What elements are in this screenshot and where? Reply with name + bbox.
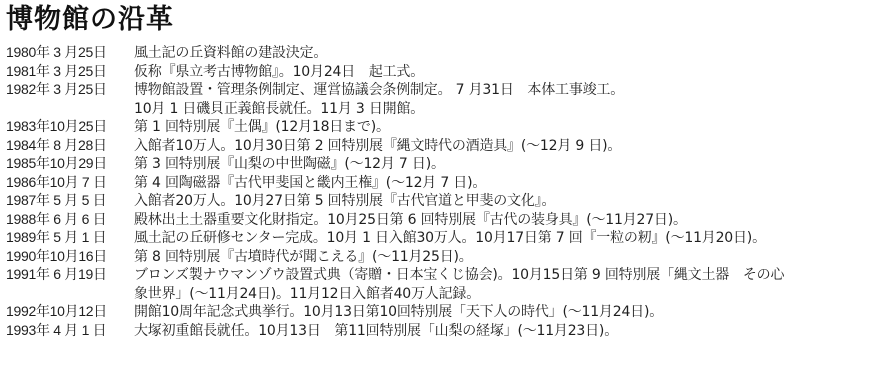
history-description: 第 1 回特別展『土偶』(12月18日まで)。	[134, 118, 878, 137]
history-date: 1989年 5 月 1 日	[6, 228, 134, 247]
history-row: 1992年10月12日 開館10周年記念式典挙行。10月13日第10回特別展「天…	[6, 302, 878, 321]
history-description: 入館者20万人。10月27日第 5 回特別展『古代官道と甲斐の文化』。	[134, 192, 878, 211]
history-description-line: 仮称『県立考古博物館』。10月24日 起工式。	[134, 63, 878, 82]
history-description-line: 大塚初重館長就任。10月13日 第11回特別展「山梨の経塚」(～11月23日)。	[134, 322, 878, 341]
history-description-line: 入館者20万人。10月27日第 5 回特別展『古代官道と甲斐の文化』。	[134, 192, 878, 211]
history-row: 1987年 5 月 5 日 入館者20万人。10月27日第 5 回特別展『古代官…	[6, 191, 878, 210]
history-description-line: 博物館設置・管理条例制定、運営協議会条例制定。 7 月31日 本体工事竣工。	[134, 81, 878, 100]
history-description-line: 第 3 回特別展『山梨の中世陶磁』(～12月 7 日)。	[134, 155, 878, 174]
history-description: ブロンズ製ナウマンゾウ設置式典（寄贈・日本宝くじ協会)。10月15日第 9 回特…	[134, 266, 878, 303]
history-description-line: 第 4 回陶磁器『古代甲斐国と畿内王権』(～12月 7 日)。	[134, 174, 878, 193]
history-date: 1990年10月16日	[6, 247, 134, 266]
history-description-line: 風土記の丘資料館の建設決定。	[134, 44, 878, 63]
history-description-line: 10月 1 日磯貝正義館長就任。11月 3 日開館。	[134, 100, 878, 119]
history-description: 博物館設置・管理条例制定、運営協議会条例制定。 7 月31日 本体工事竣工。 1…	[134, 81, 878, 118]
history-row: 1993年 4 月 1 日 大塚初重館長就任。10月13日 第11回特別展「山梨…	[6, 321, 878, 340]
history-date: 1988年 6 月 6 日	[6, 210, 134, 229]
history-date: 1984年 8 月28日	[6, 136, 134, 155]
history-date: 1985年10月29日	[6, 154, 134, 173]
history-row: 1983年10月25日 第 1 回特別展『土偶』(12月18日まで)。	[6, 117, 878, 136]
history-date: 1992年10月12日	[6, 302, 134, 321]
history-description: 風土記の丘資料館の建設決定。	[134, 44, 878, 63]
history-description-line: 風土記の丘研修センター完成。10月 1 日入館30万人。10月17日第 7 回『…	[134, 229, 878, 248]
history-description: 入館者10万人。10月30日第 2 回特別展『縄文時代の酒造具』(～12月 9 …	[134, 137, 878, 156]
history-row: 1985年10月29日 第 3 回特別展『山梨の中世陶磁』(～12月 7 日)。	[6, 154, 878, 173]
history-row: 1986年10月 7 日 第 4 回陶磁器『古代甲斐国と畿内王権』(～12月 7…	[6, 173, 878, 192]
page-title: 博物館の沿革	[6, 2, 174, 38]
history-description: 風土記の丘研修センター完成。10月 1 日入館30万人。10月17日第 7 回『…	[134, 229, 878, 248]
history-description: 開館10周年記念式典挙行。10月13日第10回特別展「天下人の時代」(～11月2…	[134, 303, 878, 322]
history-row: 1981年 3 月25日 仮称『県立考古博物館』。10月24日 起工式。	[6, 62, 878, 81]
history-row: 1984年 8 月28日 入館者10万人。10月30日第 2 回特別展『縄文時代…	[6, 136, 878, 155]
history-list: 1980年 3 月25日 風土記の丘資料館の建設決定。 1981年 3 月25日…	[6, 43, 878, 339]
history-description-line: 入館者10万人。10月30日第 2 回特別展『縄文時代の酒造具』(～12月 9 …	[134, 137, 878, 156]
history-date: 1983年10月25日	[6, 117, 134, 136]
history-row: 1980年 3 月25日 風土記の丘資料館の建設決定。	[6, 43, 878, 62]
history-date: 1993年 4 月 1 日	[6, 321, 134, 340]
history-description-line: 象世界」(～11月24日)。11月12日入館者40万人記録。	[134, 285, 878, 304]
history-row: 1988年 6 月 6 日 殿林出土土器重要文化財指定。10月25日第 6 回特…	[6, 210, 878, 229]
history-description: 第 3 回特別展『山梨の中世陶磁』(～12月 7 日)。	[134, 155, 878, 174]
history-description-line: 第 8 回特別展『古墳時代が聞こえる』(～11月25日)。	[134, 248, 878, 267]
history-date: 1987年 5 月 5 日	[6, 191, 134, 210]
history-row: 1991年 6 月19日 ブロンズ製ナウマンゾウ設置式典（寄贈・日本宝くじ協会)…	[6, 265, 878, 302]
history-row: 1990年10月16日 第 8 回特別展『古墳時代が聞こえる』(～11月25日)…	[6, 247, 878, 266]
history-description: 第 8 回特別展『古墳時代が聞こえる』(～11月25日)。	[134, 248, 878, 267]
history-date: 1986年10月 7 日	[6, 173, 134, 192]
history-row: 1982年 3 月25日 博物館設置・管理条例制定、運営協議会条例制定。 7 月…	[6, 80, 878, 117]
history-date: 1980年 3 月25日	[6, 43, 134, 62]
history-description: 殿林出土土器重要文化財指定。10月25日第 6 回特別展『古代の装身具』(～11…	[134, 211, 878, 230]
history-description-line: 第 1 回特別展『土偶』(12月18日まで)。	[134, 118, 878, 137]
history-date: 1991年 6 月19日	[6, 265, 134, 284]
history-date: 1981年 3 月25日	[6, 62, 134, 81]
history-description: 大塚初重館長就任。10月13日 第11回特別展「山梨の経塚」(～11月23日)。	[134, 322, 878, 341]
history-date: 1982年 3 月25日	[6, 80, 134, 99]
history-description-line: 殿林出土土器重要文化財指定。10月25日第 6 回特別展『古代の装身具』(～11…	[134, 211, 878, 230]
history-description: 仮称『県立考古博物館』。10月24日 起工式。	[134, 63, 878, 82]
history-description: 第 4 回陶磁器『古代甲斐国と畿内王権』(～12月 7 日)。	[134, 174, 878, 193]
history-row: 1989年 5 月 1 日 風土記の丘研修センター完成。10月 1 日入館30万…	[6, 228, 878, 247]
history-description-line: ブロンズ製ナウマンゾウ設置式典（寄贈・日本宝くじ協会)。10月15日第 9 回特…	[134, 266, 878, 285]
history-description-line: 開館10周年記念式典挙行。10月13日第10回特別展「天下人の時代」(～11月2…	[134, 303, 878, 322]
